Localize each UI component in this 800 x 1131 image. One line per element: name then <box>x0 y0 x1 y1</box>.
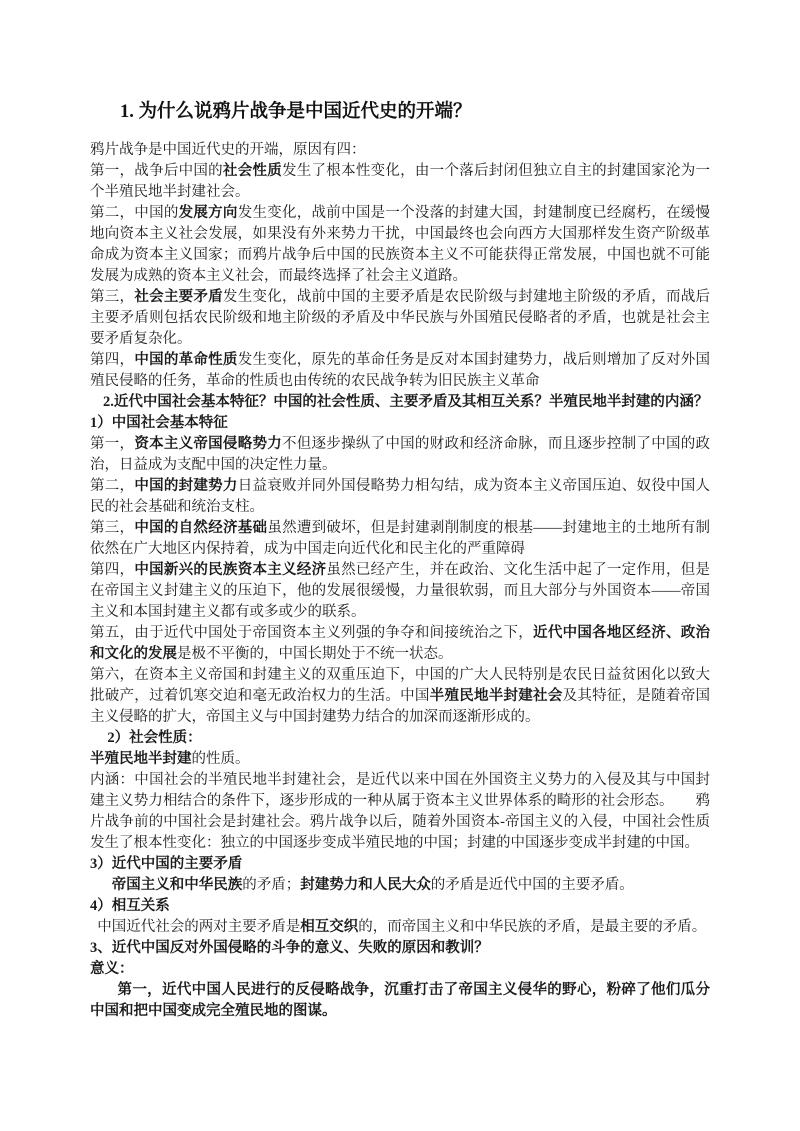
paragraph: 第三，中国的自然经济基础虽然遭到破坏，但是封建剥削制度的根基——封建地主的土地所… <box>90 518 710 560</box>
paragraph: 2.近代中国社会基本特征？中国的社会性质、主要矛盾及其相互关系？半殖民地半封建的… <box>90 392 710 413</box>
text-run: 是极不平衡的，中国长期处于不统一状态。 <box>177 646 453 662</box>
text-run: 第一， <box>90 436 134 452</box>
paragraph: 第五，由于近代中国处于帝国资本主义列强的争夺和间接统治之下，近代中国各地区经济、… <box>90 623 710 665</box>
bold-text-run: 2）社会性质： <box>107 730 201 746</box>
text-run: 第二， <box>90 478 134 494</box>
text-run: 中国近代社会的两对主要矛盾是 <box>97 919 300 935</box>
bold-text-run: 3、近代中国反对外国侵略的斗争的意义、失败的原因和教训？ <box>90 940 489 956</box>
document-content: 1. 为什么说鸦片战争是中国近代史的开端？ 鸦片战争是中国近代史的开端，原因有四… <box>0 0 800 1022</box>
paragraph: 第一，近代中国人民进行的反侵略战争，沉重打击了帝国主义侵华的野心，粉碎了他们瓜分… <box>90 980 710 1022</box>
paragraph: 4）相互关系 <box>90 896 710 917</box>
text-run: 第三， <box>90 520 134 536</box>
paragraph: 第六，在资本主义帝国和封建主义的双重压迫下，中国的广大人民特别是农民日益贫困化以… <box>90 665 710 728</box>
paragraph: 第二，中国的封建势力日益衰败并同外国侵略势力相勾结，成为资本主义帝国压迫、奴役中… <box>90 476 710 518</box>
paragraph: 帝国主义和中华民族的矛盾；封建势力和人民大众的矛盾是近代中国的主要矛盾。 <box>90 875 710 896</box>
text-run: 第二，中国的 <box>90 205 179 221</box>
text-run: 的矛盾是近代中国的主要矛盾。 <box>431 877 634 893</box>
paragraph: 意义： <box>90 959 710 980</box>
paragraph: 第二，中国的发展方向发生变化，战前中国是一个没落的封建大国，封建制度已经腐朽，在… <box>90 203 710 287</box>
paragraph: 2）社会性质： <box>90 728 710 749</box>
bold-text-run: 相互交织 <box>300 919 358 935</box>
bold-text-run: 社会主要矛盾 <box>134 289 223 305</box>
text-run: 内涵：中国社会的半殖民地半封建社会，是近代以来中国在外国资主义势力的入侵及其与中… <box>90 772 710 851</box>
bold-text-run: 4）相互关系 <box>90 898 170 914</box>
bold-text-run: 社会性质 <box>223 163 282 179</box>
paragraph: 3）近代中国的主要矛盾 <box>90 854 710 875</box>
paragraph: 1）中国社会基本特征 <box>90 413 710 434</box>
bold-text-run: 中国的自然经济基础 <box>134 520 267 536</box>
paragraph: 内涵：中国社会的半殖民地半封建社会，是近代以来中国在外国资主义势力的入侵及其与中… <box>90 770 710 854</box>
document-title: 1. 为什么说鸦片战争是中国近代史的开端？ <box>120 98 710 126</box>
bold-text-run: 半殖民地半封建 <box>90 751 192 767</box>
bold-text-run: 发展方向 <box>179 205 238 221</box>
bold-text-run: 中国新兴的民族资本主义经济 <box>134 562 326 578</box>
text-run: 第四， <box>90 352 134 368</box>
text-run: 的矛盾； <box>242 877 300 893</box>
bold-text-run: 意义： <box>90 961 134 977</box>
paragraph: 鸦片战争是中国近代史的开端，原因有四： <box>90 140 710 161</box>
paragraph: 3、近代中国反对外国侵略的斗争的意义、失败的原因和教训？ <box>90 938 710 959</box>
paragraph: 第三，社会主要矛盾发生变化，战前中国的主要矛盾是农民阶级与封建地主阶级的矛盾，而… <box>90 287 710 350</box>
text-run: 鸦片战争是中国近代史的开端，原因有四： <box>90 142 366 158</box>
document-body: 鸦片战争是中国近代史的开端，原因有四：第一，战争后中国的社会性质发生了根本性变化… <box>90 140 710 1022</box>
paragraph: 中国近代社会的两对主要矛盾是相互交织的，而帝国主义和中华民族的矛盾，是最主要的矛… <box>90 917 710 938</box>
paragraph: 半殖民地半封建的性质。 <box>90 749 710 770</box>
paragraph: 第一，资本主义帝国侵略势力不但逐步操纵了中国的财政和经济命脉，而且逐步控制了中国… <box>90 434 710 476</box>
text-run: 的，而帝国主义和中华民族的矛盾，是最主要的矛盾。 <box>358 919 706 935</box>
bold-text-run: 中国的革命性质 <box>134 352 237 368</box>
paragraph: 第四，中国新兴的民族资本主义经济虽然已经产生，并在政治、文化生活中起了一定作用，… <box>90 560 710 623</box>
bold-text-run: 资本主义帝国侵略势力 <box>134 436 282 452</box>
bold-text-run: 3）近代中国的主要矛盾 <box>90 856 242 872</box>
bold-text-run: 中国的封建势力 <box>134 478 237 494</box>
text-run: 第一，战争后中国的 <box>90 163 223 179</box>
bold-text-run: 封建势力和人民大众 <box>300 877 431 893</box>
bold-text-run: 帝国主义和中华民族 <box>112 877 243 893</box>
bold-text-run: 1）中国社会基本特征 <box>90 415 228 431</box>
paragraph: 第四，中国的革命性质发生变化，原先的革命任务是反对本国封建势力，战后则增加了反对… <box>90 350 710 392</box>
bold-text-run: 第一，近代中国人民进行的反侵略战争，沉重打击了帝国主义侵华的野心，粉碎了他们瓜分… <box>90 982 710 1019</box>
text-run: 的性质。 <box>192 751 250 767</box>
text-run: 第三， <box>90 289 134 305</box>
bold-text-run: 2.近代中国社会基本特征？中国的社会性质、主要矛盾及其相互关系？半殖民地半封建的… <box>103 394 708 410</box>
paragraph: 第一，战争后中国的社会性质发生了根本性变化，由一个落后封闭但独立自主的封建国家沦… <box>90 161 710 203</box>
text-run: 第五，由于近代中国处于帝国资本主义列强的争夺和间接统治之下， <box>90 625 533 641</box>
text-run: 第四， <box>90 562 134 578</box>
document-page: 1. 为什么说鸦片战争是中国近代史的开端？ 鸦片战争是中国近代史的开端，原因有四… <box>0 0 800 1131</box>
bold-text-run: 半殖民地半封建社会 <box>430 688 563 704</box>
